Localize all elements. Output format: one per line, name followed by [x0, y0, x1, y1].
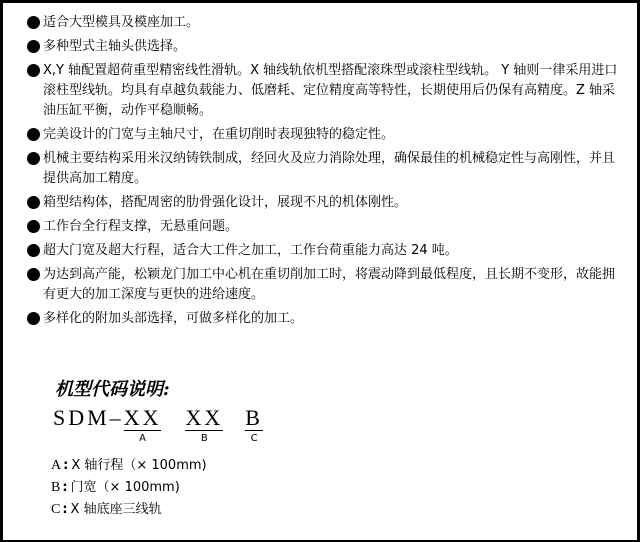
feature-text: X,Y 轴配置超荷重型精密线性滑轨。X 轴线轨依机型搭配滚珠型或滚柱型线轨。 Y… [43, 63, 617, 118]
model-code-prefix: SDM– [53, 405, 124, 431]
bullet-icon [27, 220, 40, 233]
bullet-icon [27, 196, 40, 209]
feature-text: 工作台全行程支撑，无悬重问题。 [43, 219, 238, 234]
feature-item: 为达到高产能，松颖龙门加工中心机在重切削加工时，将震动降到最低程度，且长期不变形… [27, 265, 627, 305]
feature-item: X,Y 轴配置超荷重型精密线性滑轨。X 轴线轨依机型搭配滚珠型或滚柱型线轨。 Y… [27, 61, 627, 121]
feature-item: 工作台全行程支撑，无悬重问题。 [27, 217, 627, 237]
legend-desc: 门宽（× 100mm) [71, 480, 180, 495]
legend-colon: : [62, 480, 67, 495]
segment-code: B [245, 405, 263, 431]
model-code-line: SDM–XXAXXBBC [53, 405, 263, 431]
feature-text: 适合大型模具及模座加工。 [43, 15, 199, 30]
feature-text: 机械主要结构采用米汉纳铸铁制成，经回火及应力消除处理，确保最佳的机械稳定性与高刚… [43, 151, 615, 186]
bullet-icon [27, 16, 40, 29]
legend-item: C:X 轴底座三线轨 [51, 499, 207, 521]
legend-item: B:门宽（× 100mm) [51, 477, 207, 499]
bullet-icon [27, 244, 40, 257]
model-code-segment-a: XXA [124, 405, 162, 431]
model-code-title: 机型代码说明: [55, 375, 170, 401]
model-code-segment-c: BC [245, 405, 263, 431]
feature-item: 完美设计的门宽与主轴尺寸，在重切削时表现独特的稳定性。 [27, 125, 627, 145]
feature-list: 适合大型模具及模座加工。 多种型式主轴头供选择。 X,Y 轴配置超荷重型精密线性… [27, 13, 627, 333]
feature-text: 箱型结构体，搭配周密的肋骨强化设计，展现不凡的机体刚性。 [43, 195, 407, 210]
bullet-icon [27, 152, 40, 165]
feature-item: 多样化的附加头部选择，可做多样化的加工。 [27, 309, 627, 329]
model-code-segment-b: XXB [185, 405, 223, 431]
feature-item: 多种型式主轴头供选择。 [27, 37, 627, 57]
feature-text: 为达到高产能，松颖龙门加工中心机在重切削加工时，将震动降到最低程度，且长期不变形… [43, 267, 615, 302]
legend-colon: : [62, 502, 67, 517]
bullet-icon [27, 312, 40, 325]
document-frame: 适合大型模具及模座加工。 多种型式主轴头供选择。 X,Y 轴配置超荷重型精密线性… [0, 0, 640, 542]
segment-label: A [124, 433, 162, 444]
bullet-icon [27, 128, 40, 141]
legend-key: B [51, 480, 60, 495]
segment-label: C [245, 433, 263, 444]
feature-text: 超大门宽及超大行程，适合大工件之加工，工作台荷重能力高达 24 吨。 [43, 243, 458, 258]
feature-text: 完美设计的门宽与主轴尺寸，在重切削时表现独特的稳定性。 [43, 127, 394, 142]
legend-colon: : [63, 458, 68, 473]
segment-label: B [185, 433, 223, 444]
segment-code: XX [185, 405, 223, 431]
feature-item: 超大门宽及超大行程，适合大工件之加工，工作台荷重能力高达 24 吨。 [27, 241, 627, 261]
legend-desc: X 轴底座三线轨 [71, 502, 162, 517]
feature-item: 箱型结构体，搭配周密的肋骨强化设计，展现不凡的机体刚性。 [27, 193, 627, 213]
feature-item: 机械主要结构采用米汉纳铸铁制成，经回火及应力消除处理，确保最佳的机械稳定性与高刚… [27, 149, 627, 189]
feature-item: 适合大型模具及模座加工。 [27, 13, 627, 33]
feature-text: 多种型式主轴头供选择。 [43, 39, 186, 54]
segment-code: XX [124, 405, 162, 431]
bullet-icon [27, 40, 40, 53]
legend-key: C [51, 502, 60, 517]
legend-desc: X 轴行程（× 100mm) [71, 458, 206, 473]
feature-text: 多样化的附加头部选择，可做多样化的加工。 [43, 311, 303, 326]
bullet-icon [27, 64, 40, 77]
legend-key: A [51, 458, 61, 473]
bullet-icon [27, 268, 40, 281]
model-code-legend: A:X 轴行程（× 100mm) B:门宽（× 100mm) C:X 轴底座三线… [51, 455, 207, 521]
legend-item: A:X 轴行程（× 100mm) [51, 455, 207, 477]
